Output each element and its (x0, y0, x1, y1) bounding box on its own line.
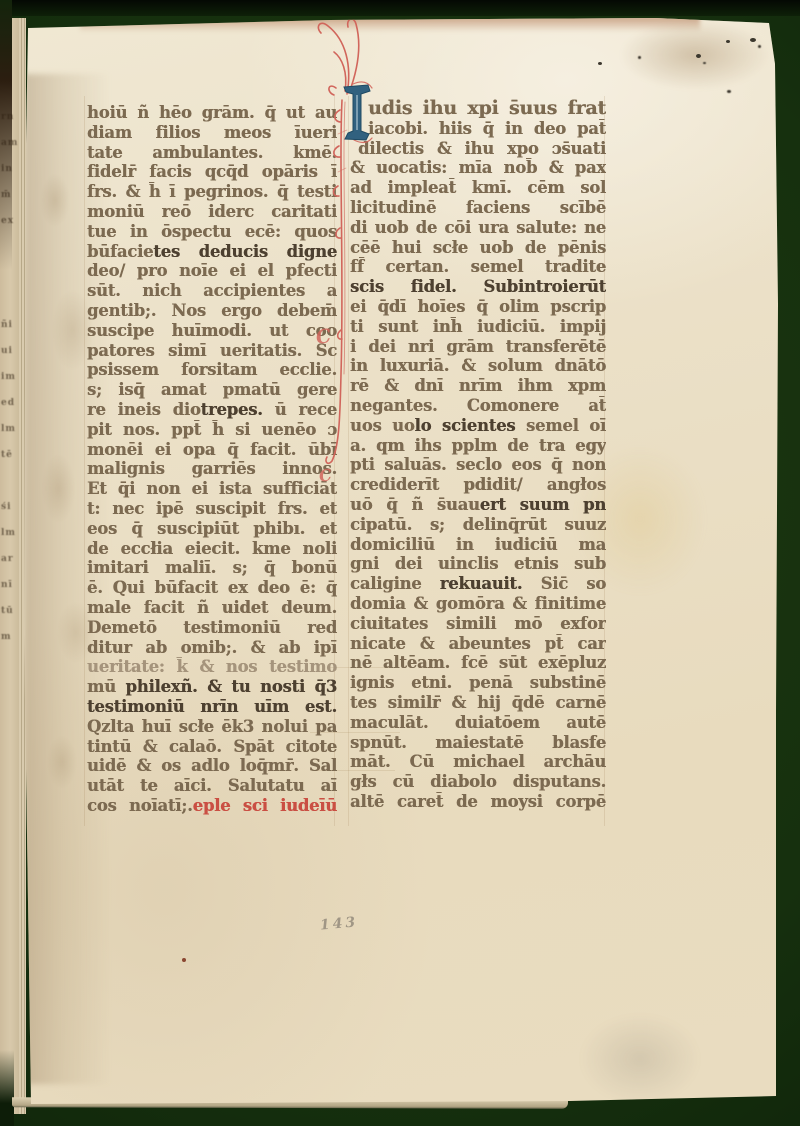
ruling-line-vertical (84, 96, 85, 826)
text-line: re ineis diotrepes. ū rece (87, 400, 337, 420)
text-segment: & uocatis: mīa nob̄ & pax (350, 158, 606, 177)
text-segment: maculāt. duiatōem autē (350, 713, 606, 732)
text-line: moniū reō iderc caritati (87, 202, 337, 222)
text-column-left: hoiū ñ hēo grām. q̄ ut audiam filios meo… (87, 103, 337, 816)
text-segment: hoiū ñ hēo grām. q̄ ut au (87, 103, 337, 122)
text-segment: male facit ñ uidet deum. (87, 598, 337, 617)
text-line: ignis etni. penā substinē (350, 673, 606, 693)
text-segment: ert suum pn (480, 495, 606, 514)
text-segment: uos uo (350, 416, 415, 435)
margin-mark: C (317, 465, 333, 486)
edge-text-fragment: ñi (1, 312, 21, 338)
text-segment: ti sunt inh̄ iudiciū. impij (350, 317, 606, 336)
text-segment: diam filios meos īueri (87, 123, 337, 142)
text-segment: di uob de cōi ura salute: ne (350, 218, 606, 237)
text-segment: trepes. (201, 400, 263, 419)
text-line: male facit ñ uidet deum. (87, 598, 337, 618)
text-line: Demetō testimoniū red (87, 618, 337, 638)
edge-text-fragment: ui (1, 338, 21, 364)
text-line: ti sunt inh̄ iudiciū. impij (350, 317, 606, 337)
text-segment: fidelr̄ facis qcq̄d opāris ī (87, 162, 337, 181)
text-line: crediderīt pdidit/ angłos (350, 475, 606, 495)
edge-text-fragment: ed (1, 390, 21, 416)
manuscript-photo: rnaminm̄exñiuiimedlmtēśilmarnītūm hoiū ñ… (0, 0, 800, 1126)
text-segment: de eccłia eiecit. kme noli (87, 539, 337, 558)
text-segment: udis ihu xpi s̄uus frat̄ (368, 99, 606, 119)
ink-speck (758, 45, 761, 48)
text-segment: s; isq̄ amat pmatū gere (87, 380, 337, 399)
text-line: fidelr̄ facis qcq̄d opāris ī (87, 162, 337, 182)
text-segment: re ineis dio (87, 400, 201, 419)
text-line: licitudinē faciens scībē (350, 198, 606, 218)
text-line: ciuitates simili mō exfor (350, 614, 606, 634)
text-line: cēē hui scłe uob de pēnis (350, 238, 606, 258)
text-segment: iacobi. hiis q̄ in deo pat̄ (368, 119, 606, 138)
text-line: nicate & abeuntes pt̄ car (350, 634, 606, 654)
text-line: frs. & h̄ ī pegrinos. q̄ testi (87, 182, 337, 202)
text-segment: suscipe huīmodi. ut coo (87, 321, 337, 340)
text-segment: rē & dnī nrīm ihm xpm (350, 376, 606, 395)
text-line: Qzlta huī scłe ēk3 nolui pa (87, 717, 337, 737)
text-line: testimoniū nrīn uīm est. (87, 697, 337, 717)
edge-text-fragment: lm (1, 416, 21, 442)
text-line: cos noīatī;.eple sci iudeīū (87, 796, 337, 816)
text-line: diam filios meos īueri (87, 123, 337, 143)
text-segment: nicate & abeuntes pt̄ car (350, 634, 606, 653)
text-segment: altē caret̄ de moysi corpē (350, 792, 606, 811)
text-line: ē. Qui būfacit ex deo ē: q̄ (87, 578, 337, 598)
text-segment: i dei nri grām transferētē (350, 337, 606, 356)
text-segment: a. qm ihs pplm de tra egy (350, 436, 606, 455)
text-line: rē & dnī nrīm ihm xpm (350, 376, 606, 396)
text-segment: ff̄ certan. semel tradite (350, 257, 606, 276)
text-line: psissem forsitam ecclie. (87, 360, 337, 380)
text-line: deo/ pro noīe ei el pfecti (87, 261, 337, 281)
text-line: gni dei uinclis etnis sub (350, 554, 606, 574)
top-right-corner-stain (620, 20, 770, 90)
text-segment: cēē hui scłe uob de pēnis (350, 238, 606, 257)
text-segment: ad impleat̄ kmī. cēm sol (350, 178, 606, 197)
text-segment: t: nec ipē suscipit frs. et (87, 499, 337, 518)
text-segment: licitudinē faciens scībē (350, 198, 606, 217)
text-segment: pti saluās. seclo eos q̄ non (350, 455, 606, 474)
text-line: de eccłia eiecit. kme noli (87, 539, 337, 559)
text-segment: głs cū diabolo disputans. (350, 772, 606, 791)
text-line: monēi ei opa q̄ facit. ūbī (87, 440, 337, 460)
text-segment: sūt. nich accipientes a (87, 281, 337, 300)
text-line: tate ambulantes. kmē. (87, 143, 337, 163)
text-line: māt. Cū michael archāu (350, 752, 606, 772)
text-line: spnūt. maiestatē blasfe (350, 733, 606, 753)
text-line: imitari maliī. s; q̄ bonū (87, 558, 337, 578)
edge-text-fragment: im (1, 364, 21, 390)
text-line: t: nec ipē suscipit frs. et (87, 499, 337, 519)
text-line: scis fidel. Subintroierūt (350, 277, 606, 297)
text-segment: caligine (350, 574, 440, 593)
text-line: eos q̄ suscipiūt phibı. et (87, 519, 337, 539)
ink-speck (598, 62, 602, 65)
text-line: uos uolo scientes semel oī (350, 416, 606, 436)
text-segment: moniū reō iderc caritati (87, 202, 337, 221)
text-line: domiciliū in iudiciū ma (350, 535, 606, 555)
text-line: caligine rekuauit. Sic̄ so (350, 574, 606, 594)
text-segment: tate ambulantes. kmē. (87, 143, 337, 162)
text-column-right: udis ihu xpi s̄uus frat̄iacobi. hiis q̄ … (350, 99, 606, 812)
ink-speck (638, 56, 641, 59)
text-segment: ei q̄dī hoīes q̄ olim pscrip (350, 297, 606, 316)
text-segment: Et q̄i non ei ista sufficiāt (87, 479, 337, 498)
text-line: tintū & calaō. Spāt citote (87, 737, 337, 757)
edge-text-fragment: tē (1, 442, 21, 468)
text-segment: testimoniū nrīn uīm est. (87, 697, 337, 716)
text-segment: cipatū. s; delinq̄rūt suuz (350, 515, 606, 534)
red-speck (182, 958, 186, 962)
text-line: utāt te aīci. Salutatu aī (87, 776, 337, 796)
text-segment: uidē & os adlo loq̄mr̄. Sal (87, 756, 337, 775)
ink-speck (703, 62, 706, 64)
text-line: ei q̄dī hoīes q̄ olim pscrip (350, 297, 606, 317)
text-line: hoiū ñ hēo grām. q̄ ut au (87, 103, 337, 123)
photo-top-shadow (0, 0, 800, 16)
text-segment: lo scientes (415, 416, 516, 435)
top-edge-stain (80, 16, 700, 32)
ink-speck (750, 38, 756, 42)
text-segment: philexñ. & tu nosti q̄3 (125, 677, 337, 696)
binding-shadow-top (0, 0, 12, 270)
text-segment: scis fidel. Subintroierūt (350, 277, 606, 296)
text-line: i dei nri grām transferētē (350, 337, 606, 357)
binding-shadow-bottom (0, 1050, 14, 1126)
text-line: suscipe huīmodi. ut coo (87, 321, 337, 341)
text-segment: būfacie (87, 242, 153, 261)
text-segment: deo/ pro noīe ei el pfecti (87, 261, 337, 280)
text-line: ueritate: k̄ & nos testimo (87, 657, 337, 677)
text-segment: in luxuriā. & solum dnātō (350, 356, 606, 375)
text-segment: frs. & h̄ ī pegrinos. q̄ testi (87, 182, 337, 201)
text-line: & uocatis: mīa nob̄ & pax (350, 158, 606, 178)
text-segment: domiciliū in iudiciū ma (350, 535, 606, 554)
text-line: cipatū. s; delinq̄rūt suuz (350, 515, 606, 535)
text-line: pti saluās. seclo eos q̄ non (350, 455, 606, 475)
text-line: mū philexñ. & tu nosti q̄3 (87, 677, 337, 697)
rubric-text: eple sci iudeīū (193, 796, 337, 815)
text-line: altē caret̄ de moysi corpē (350, 792, 606, 812)
text-segment: negantes. Comonere at̄ (350, 396, 606, 415)
text-line: nē altēam. fcē sūt exēpluz (350, 653, 606, 673)
edge-text-fragment: śi (1, 494, 21, 520)
text-line: ditur ab omib;. & ab ipī (87, 638, 337, 658)
text-line: maculāt. duiatōem autē (350, 713, 606, 733)
text-line: głs cū diabolo disputans. (350, 772, 606, 792)
text-line: pit nos. ppt̄ h̄ si uenēo ɔ (87, 420, 337, 440)
text-segment: eos q̄ suscipiūt phibı. et (87, 519, 337, 538)
edge-text-fragment: m (1, 624, 21, 650)
folio-number: 143 (319, 914, 358, 933)
text-line: ad impleat̄ kmī. cēm sol (350, 178, 606, 198)
text-segment: monēi ei opa q̄ facit. ūbī (87, 440, 337, 459)
text-segment: imitari maliī. s; q̄ bonū (87, 558, 337, 577)
text-segment: gentib;. Nos ergo debem̄ (87, 301, 337, 320)
text-segment: dilectis & ihu xpo ɔs̄uati (358, 139, 606, 158)
text-segment: Demetō testimoniū red (87, 618, 337, 637)
text-segment: ū rece (263, 400, 337, 419)
text-segment: patores simī ueritatis. Sc (87, 341, 337, 360)
bottom-right-smudge (580, 1014, 700, 1104)
ink-speck (696, 54, 701, 58)
text-segment: tintū & calaō. Spāt citote (87, 737, 337, 756)
edge-text-fragment: tū (1, 598, 21, 624)
text-line: negantes. Comonere at̄ (350, 396, 606, 416)
ruling-line-vertical (348, 96, 349, 826)
parchment-page: hoiū ñ hēo grām. q̄ ut audiam filios meo… (10, 14, 782, 1108)
text-segment: domia & gomōra & finitime (350, 594, 606, 613)
ink-speck (726, 40, 730, 43)
text-line: ff̄ certan. semel tradite (350, 257, 606, 277)
edge-text-fragment: nī (1, 572, 21, 598)
text-segment: cos noīatī;. (87, 796, 193, 815)
text-segment: rekuauit. (440, 574, 523, 593)
text-line: gentib;. Nos ergo debem̄ (87, 301, 337, 321)
text-segment: Sic̄ so (522, 574, 606, 593)
text-segment: Qzlta huī scłe ēk3 nolui pa (87, 717, 337, 736)
text-line: tes similr̄ & hij q̄dē carnē (350, 693, 606, 713)
text-line: būfacietes deducis digne (87, 242, 337, 262)
text-line: di uob de cōi ura salute: ne (350, 218, 606, 238)
edge-text-fragment: lm (1, 520, 21, 546)
text-line: sūt. nich accipientes a (87, 281, 337, 301)
text-line: a. qm ihs pplm de tra egy (350, 436, 606, 456)
text-segment: spnūt. maiestatē blasfe (350, 733, 606, 752)
text-segment: utāt te aīci. Salutatu aī (87, 776, 337, 795)
text-segment: ē. Qui būfacit ex deo ē: q̄ (87, 578, 337, 597)
text-segment: tue in ōspectu ecē: quos (87, 222, 337, 241)
text-segment: crediderīt pdidit/ angłos (350, 475, 606, 494)
text-segment: ditur ab omib;. & ab ipī (87, 638, 337, 657)
text-segment: mū (87, 677, 125, 696)
text-line: uidē & os adlo loq̄mr̄. Sal (87, 756, 337, 776)
ink-speck (727, 90, 731, 93)
text-line: dilectis & ihu xpo ɔs̄uati (350, 139, 606, 159)
text-segment: ignis etni. penā substinē (350, 673, 606, 692)
edge-text-fragment (1, 286, 21, 312)
text-line: iacobi. hiis q̄ in deo pat̄ (350, 119, 606, 139)
text-segment: semel oī (515, 416, 606, 435)
text-line: tue in ōspectu ecē: quos (87, 222, 337, 242)
text-segment: ciuitates simili mō exfor (350, 614, 606, 633)
text-line: in luxuriā. & solum dnātō (350, 356, 606, 376)
text-line: uō q̄ ñ s̄uauert suum pn (350, 495, 606, 515)
text-segment: uō q̄ ñ s̄uau (350, 495, 480, 514)
text-segment: ueritate: k̄ & nos testimo (87, 657, 337, 676)
text-line: malignis garriēs innos. (87, 459, 337, 479)
text-line: s; isq̄ amat pmatū gere (87, 380, 337, 400)
text-segment: tes deducis digne (153, 242, 337, 261)
text-line: patores simī ueritatis. Sc (87, 341, 337, 361)
text-segment: malignis garriēs innos. (87, 459, 337, 478)
text-line: udis ihu xpi s̄uus frat̄ (350, 99, 606, 119)
text-segment: māt. Cū michael archāu (350, 752, 606, 771)
text-segment: tes similr̄ & hij q̄dē carnē (350, 693, 606, 712)
text-segment: gni dei uinclis etnis sub (350, 554, 606, 573)
text-line: Et q̄i non ei ista sufficiāt (87, 479, 337, 499)
edge-text-fragment: ar (1, 546, 21, 572)
text-segment: pit nos. ppt̄ h̄ si uenēo ɔ (87, 420, 337, 439)
text-segment: nē altēam. fcē sūt exēpluz (350, 653, 606, 672)
text-segment: psissem forsitam ecclie. (87, 360, 337, 379)
edge-text-fragment (1, 468, 21, 494)
text-line: domia & gomōra & finitime (350, 594, 606, 614)
